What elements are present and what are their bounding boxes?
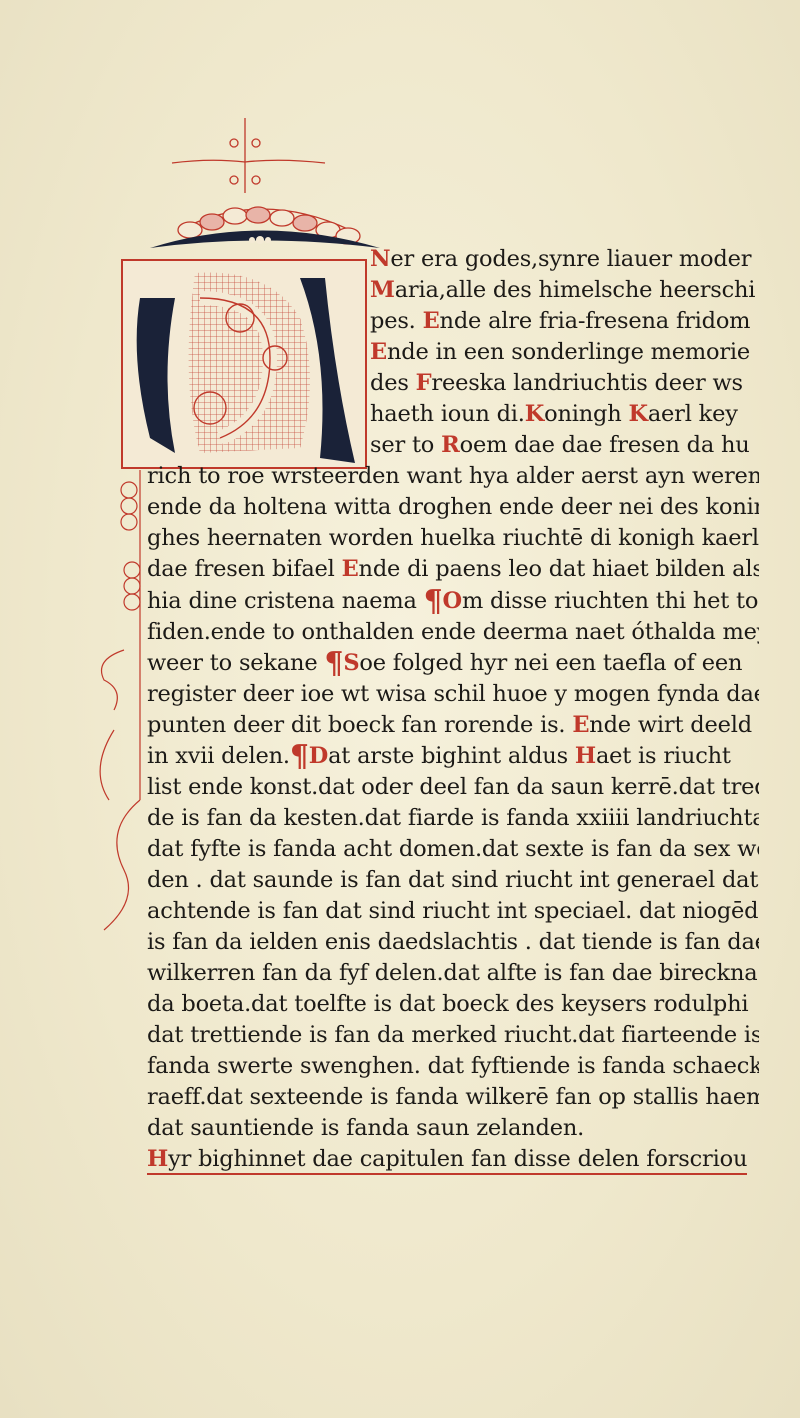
text-line-26: dat trettiende is fan da merked riucht.d… — [147, 1020, 759, 1051]
text-line-28: raeff.dat sexteende is fanda wilkerē fan… — [147, 1082, 759, 1113]
text-line-9: ende da holtena witta droghen ende deer … — [147, 492, 759, 523]
text-line-6: haeth ioun di.Koningh Kaerl key — [147, 399, 759, 430]
text-line-19: de is fan da kesten.dat fiarde is fanda … — [147, 803, 759, 834]
text-line-12: hia dine cristena naema ¶Om disse riucht… — [147, 586, 759, 617]
text-line-17: in xvii delen.¶Dat arste bighint aldus H… — [147, 741, 759, 772]
text-line-14: weer to sekane ¶Soe folged hyr nei een t… — [147, 648, 759, 679]
rubricated-letter: S — [343, 650, 359, 676]
rubric-heading-line: Hyr bighinnet dae capitulen fan disse de… — [147, 1144, 747, 1175]
text-line-29: dat sauntiende is fanda saun zelanden. — [147, 1113, 759, 1144]
rubricated-letter: H — [575, 743, 596, 769]
rubricated-letter: R — [441, 432, 460, 458]
text-line-13: fiden.ende to onthalden ende deerma naet… — [147, 617, 759, 648]
pilcrow-mark: ¶ — [424, 586, 443, 617]
text-line-20: dat fyfte is fanda acht domen.dat sexte … — [147, 834, 759, 865]
text-line-22: achtende is fan dat sind riucht int spec… — [147, 896, 759, 927]
pilcrow-mark: ¶ — [324, 648, 343, 679]
text-line-2: Maria,alle des himelsche heerschi — [147, 275, 759, 306]
text-line-16: punten deer dit boeck fan rorende is. En… — [147, 710, 759, 741]
text-line-8: rich to roe wrsteerden want hya alder ae… — [147, 461, 759, 492]
rubricated-letter: E — [572, 712, 589, 738]
text-line-18: list ende konst.dat oder deel fan da sau… — [147, 772, 759, 803]
rubricated-letter: K — [628, 401, 647, 427]
text-line-25: da boeta.dat toelfte is dat boeck des ke… — [147, 989, 759, 1020]
pilcrow-mark: ¶ — [290, 741, 309, 772]
text-line-27: fanda swerte swenghen. dat fyftiende is … — [147, 1051, 759, 1082]
crown-ornament — [150, 118, 380, 258]
rubricated-letter: N — [370, 246, 390, 272]
text-line-4: Ende in een sonderlinge memorie — [147, 337, 759, 368]
rubricated-letter: O — [443, 588, 462, 614]
text-line-11: dae fresen bifael Ende di paens leo dat … — [147, 554, 759, 585]
text-line-23: is fan da ielden enis daedslachtis . dat… — [147, 927, 759, 958]
text-line-7: ser to Roem dae dae fresen da hu — [147, 430, 759, 461]
rubricated-letter: H — [147, 1146, 168, 1172]
border-vine-decoration — [84, 470, 144, 940]
rubricated-letter: E — [342, 556, 359, 582]
rubricated-letter: E — [423, 308, 440, 334]
text-line-5: des Freeska landriuchtis deer ws — [147, 368, 759, 399]
manuscript-page: Ner era godes,synre liauer moder Maria,a… — [0, 0, 800, 1418]
text-line-15: register deer ioe wt wisa schil huoe y m… — [147, 679, 759, 710]
text-line-24: wilkerren fan da fyf delen.dat alfte is … — [147, 958, 759, 989]
rubricated-letter: F — [416, 370, 432, 396]
rubricated-letter: E — [370, 339, 387, 365]
text-line-3: pes. Ende alre fria-fresena fridom — [147, 306, 759, 337]
rubricated-letter: M — [370, 277, 395, 303]
body-text: Ner era godes,synre liauer moder Maria,a… — [147, 244, 759, 1175]
text-line-10: ghes heernaten worden huelka riuchtē di … — [147, 523, 759, 554]
text-line-1: Ner era godes,synre liauer moder — [147, 244, 759, 275]
rubricated-letter: D — [309, 743, 328, 769]
rubricated-letter: K — [525, 401, 544, 427]
text-line-21: den . dat saunde is fan dat sind riucht … — [147, 865, 759, 896]
